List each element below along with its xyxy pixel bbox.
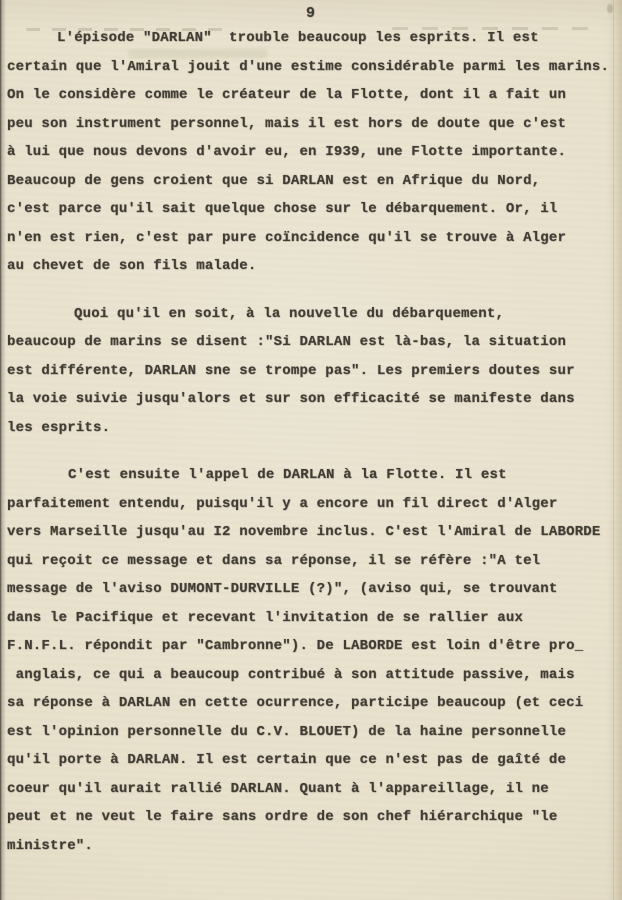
- text-line: ministre".: [7, 832, 618, 861]
- text-line: est l'opinion personnelle du C.V. BLOUET…: [7, 718, 618, 747]
- text-line: On le considère comme le créateur de la …: [7, 81, 618, 110]
- text-line: vers Marseille jusqu'au I2 novembre incl…: [7, 518, 618, 547]
- text-line: certain que l'Amiral jouit d'une estime …: [7, 53, 618, 82]
- paragraph-2: Quoi qu'il en soit, à la nouvelle du déb…: [7, 300, 618, 443]
- text-line: qui reçoit ce message et dans sa réponse…: [7, 547, 618, 576]
- text-line: la voie suivie jusqu'alors et sur son ef…: [7, 385, 618, 414]
- paragraph-1: L'épisode "DARLAN" trouble beaucoup les …: [7, 24, 618, 281]
- text-line: est différente, DARLAN sne se trompe pas…: [7, 357, 618, 386]
- text-line: les esprits.: [7, 414, 618, 443]
- paragraph-3: C'est ensuite l'appel de DARLAN à la Flo…: [7, 461, 618, 860]
- text-line: n'en est rien, c'est par pure coïncidenc…: [7, 224, 618, 253]
- text-line: beaucoup de marins se disent :"Si DARLAN…: [7, 328, 618, 357]
- text-line: à lui que nous devons d'avoir eu, en I93…: [7, 138, 618, 167]
- text-line: au chevet de son fils malade.: [7, 252, 618, 281]
- page-number: 9: [0, 5, 622, 22]
- text-line: dans le Pacifique et recevant l'invitati…: [7, 604, 618, 633]
- text-line: qu'il porte à DARLAN. Il est certain que…: [7, 746, 618, 775]
- text-line: L'épisode "DARLAN" trouble beaucoup les …: [7, 24, 618, 53]
- text-line: parfaitement entendu, puisqu'il y a enco…: [7, 490, 618, 519]
- text-line: coeur qu'il aurait rallié DARLAN. Quant …: [7, 775, 618, 804]
- text-line: C'est ensuite l'appel de DARLAN à la Flo…: [7, 461, 618, 490]
- text-line: sa réponse à DARLAN en cette ocurrence, …: [7, 689, 618, 718]
- text-line: c'est parce qu'il sait quelque chose sur…: [7, 195, 618, 224]
- document-page: 9 L'épisode "DARLAN" trouble beaucoup le…: [0, 0, 622, 900]
- text-line: F.N.F.L. répondit par "Cambronne"). De L…: [7, 632, 618, 661]
- text-line: Quoi qu'il en soit, à la nouvelle du déb…: [7, 300, 618, 329]
- text-line: peut et ne veut le faire sans ordre de s…: [7, 803, 618, 832]
- text-line: message de l'aviso DUMONT-DURVILLE (?)",…: [7, 575, 618, 604]
- text-line: Beaucoup de gens croient que si DARLAN e…: [7, 167, 618, 196]
- document-body: L'épisode "DARLAN" trouble beaucoup les …: [7, 24, 618, 860]
- text-line: peu son instrument personnel, mais il es…: [7, 110, 618, 139]
- text-line: anglais, ce qui a beaucoup contribué à s…: [7, 661, 618, 690]
